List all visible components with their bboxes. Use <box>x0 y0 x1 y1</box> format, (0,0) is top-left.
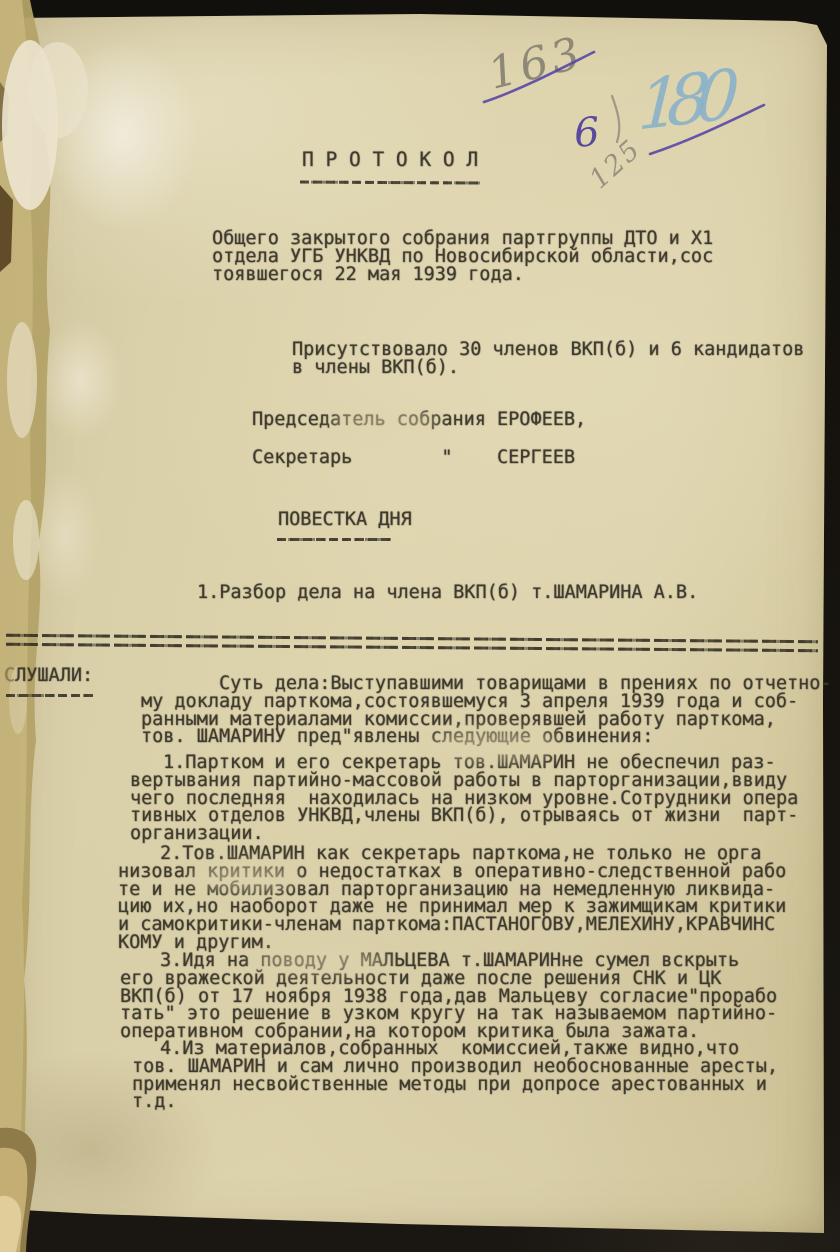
document-title: П Р О Т О К О Л <box>302 151 478 169</box>
body-paragraph: 4.Из материалов,собранных комиссией,такж… <box>132 1040 778 1111</box>
attendance-note: Присутствовало 30 членов ВКП(б) и 6 канд… <box>292 341 804 377</box>
body-paragraph: Суть дела:Выступавшими товарищами в прен… <box>141 675 832 746</box>
agenda-heading: ПОВЕСТКА ДНЯ <box>278 511 412 529</box>
paper-stain <box>30 470 100 600</box>
body-paragraph: 3.Идя на поводу у МАЛЬЦЕВА т.ШАМАРИНне с… <box>120 952 777 1041</box>
paper-stain <box>48 40 198 230</box>
chairman-line: Председатель собрания ЕРОФЕЕВ, <box>252 411 586 429</box>
scan-background: П Р О Т О К О Л Общего закрытого собрани… <box>0 0 840 1252</box>
margin-label-slushali: СЛУШАЛИ: <box>4 667 93 685</box>
body-paragraph: 1.Партком и его секретарь тов.ШАМАРИН не… <box>130 754 798 843</box>
body-paragraph: 2.Тов.ШАМАРИН как секретарь парткома,не … <box>118 845 786 952</box>
agenda-underline <box>277 538 391 541</box>
agenda-item: 1.Разбор дела на члена ВКП(б) т.ШАМАРИНА… <box>197 584 698 602</box>
secretary-line: Секретарь " СЕРГЕЕВ <box>252 449 575 467</box>
meeting-description: Общего закрытого собрания партгруппы ДТО… <box>212 230 713 283</box>
margin-label-underline <box>6 694 94 697</box>
divider-dash-row <box>6 643 818 652</box>
paper-stain <box>38 320 123 440</box>
